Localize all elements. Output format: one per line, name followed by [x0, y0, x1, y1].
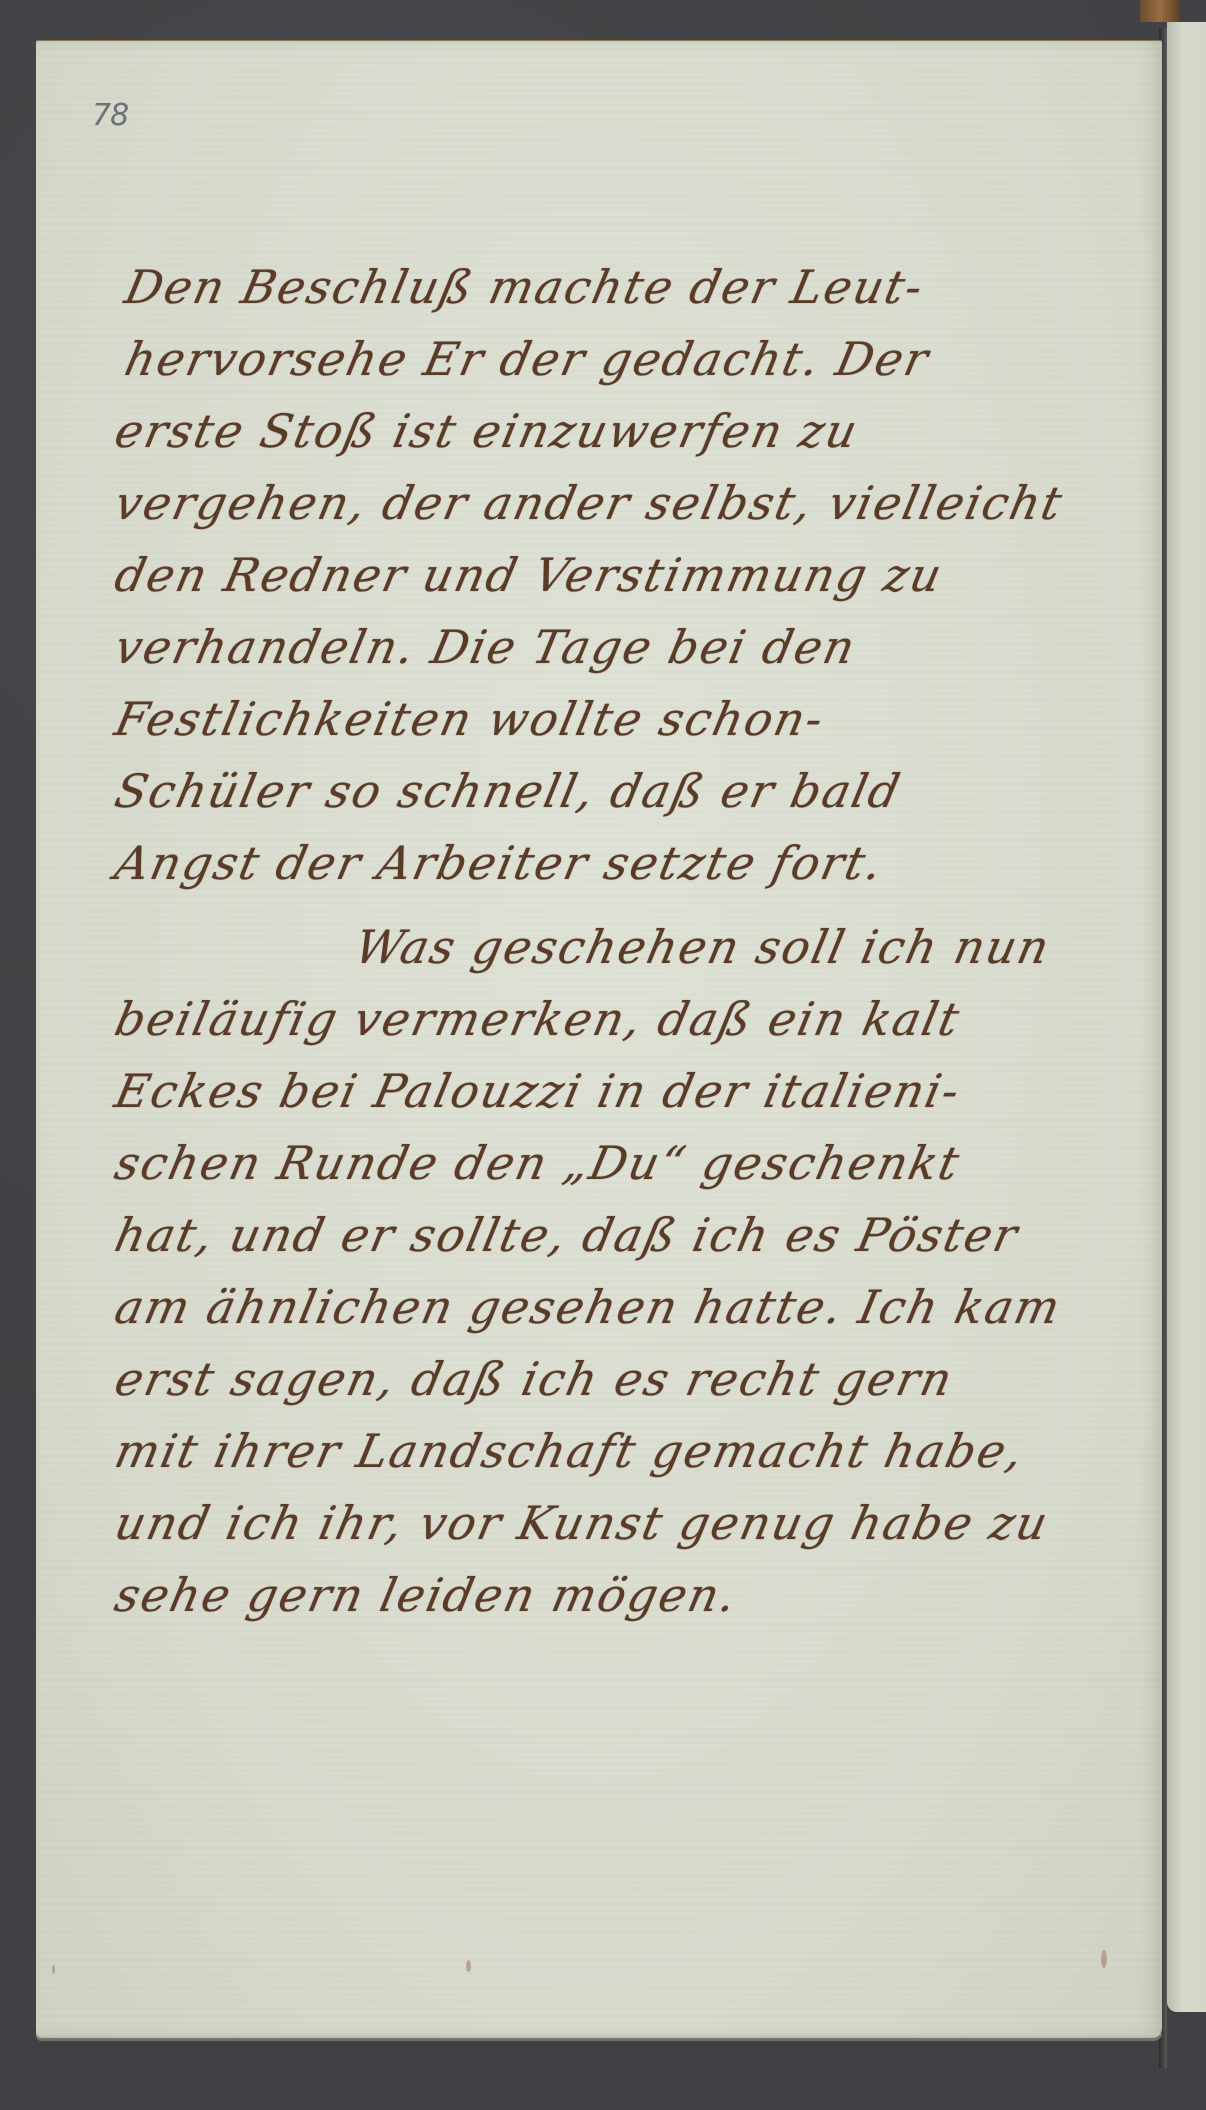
handwritten-line: Was geschehen soll ich nun	[350, 920, 1055, 974]
handwritten-line: sehe gern leiden mögen.	[110, 1568, 742, 1622]
manuscript-page: 78 Den Beschluß machte der Leut-hervorse…	[36, 40, 1162, 2038]
handwritten-line: erst sagen, daß ich es recht gern	[110, 1352, 958, 1406]
handwritten-line: hervorsehe Er der gedacht. Der	[120, 332, 935, 386]
handwritten-line: verhandeln. Die Tage bei den	[110, 620, 861, 674]
handwritten-line: Den Beschluß machte der Leut-	[120, 260, 929, 314]
handwritten-line: erste Stoß ist einzuwerfen zu	[110, 404, 863, 458]
handwritten-line: Schüler so schnell, daß er bald	[110, 764, 906, 818]
handwritten-line: beiläufig vermerken, daß ein kalt	[110, 992, 965, 1046]
handwritten-line: mit ihrer Landschaft gemacht habe,	[110, 1424, 1029, 1478]
handwritten-line: den Redner und Verstimmung zu	[110, 548, 948, 602]
handwritten-line: schen Runde den „Du“ geschenkt	[110, 1136, 965, 1190]
paper-stain	[1101, 1950, 1107, 1968]
handwritten-line: Festlichkeiten wollte schon-	[110, 692, 829, 746]
page-bottom-edge	[36, 2033, 1162, 2041]
handwritten-line: am ähnlichen gesehen hatte. Ich kam	[110, 1280, 1066, 1334]
paper-stain	[52, 1965, 55, 1974]
facing-page-edge	[1167, 22, 1206, 2012]
handwritten-line: Eckes bei Palouzzi in der italieni-	[110, 1064, 966, 1118]
paper-stain	[466, 1960, 471, 1972]
page-number: 78	[92, 98, 128, 133]
handwritten-line: und ich ihr, vor Kunst genug habe zu	[110, 1496, 1054, 1550]
handwritten-line: vergehen, der ander selbst, vielleicht	[110, 476, 1068, 530]
handwritten-line: hat, und er sollte, daß ich es Pöster	[110, 1208, 1024, 1262]
binding-edge	[1140, 0, 1180, 22]
handwritten-line: Angst der Arbeiter setzte fort.	[110, 836, 888, 890]
